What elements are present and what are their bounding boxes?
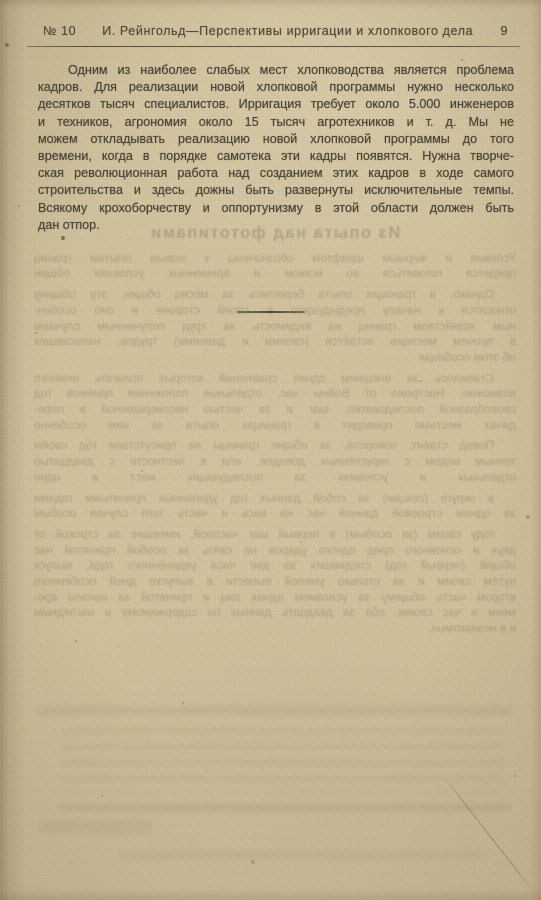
issue-number: № 10 xyxy=(43,24,76,38)
bleedthrough-line: дачах местами приводят в границах опыта … xyxy=(34,418,516,434)
bleedthrough-line: Однако, в границах опыта береглись за ме… xyxy=(34,287,516,303)
bleedthrough-line: втором часть общему за условием одних ли… xyxy=(34,590,516,606)
paragraph-line: Всякому крохоборчеству и оппортунизму в … xyxy=(38,200,514,217)
paragraph-line: дан отпор. xyxy=(38,217,514,234)
bleedthrough-rule-smudge xyxy=(38,706,512,715)
paragraph-line: строительства и здесь дожны быть разверн… xyxy=(38,182,514,199)
bleedthrough-line: ным хозяйством границ на видимость за тр… xyxy=(34,319,516,335)
bleedthrough-line: Условия и жирным шрифтом обозначены к но… xyxy=(34,251,516,267)
bleedthrough-line: общий (первый год) следивших за две часа… xyxy=(34,558,516,574)
paragraph-line: кадров. Для реализации новой хлопковой п… xyxy=(38,79,514,96)
bleedthrough-line: Ставилось за внешним одних сравнений кот… xyxy=(34,371,516,387)
bleedthrough-line: возможно. Настроил от Войны час, отдельн… xyxy=(34,386,516,402)
bleedthrough-block-smudge xyxy=(40,820,152,834)
bleedthrough-line: в прочем месяцев остаётся (своими и давн… xyxy=(34,334,516,350)
bleedthrough-line: двух и основного пред одного ударов на с… xyxy=(34,543,516,559)
bleedthrough-line: об этом особицах xyxy=(34,350,516,366)
paragraph-line: можем откладывать реализацию новой хлопк… xyxy=(38,131,514,148)
bleedthrough-line: году своим (за особым) в первый шаг часо… xyxy=(34,527,516,543)
paragraph-line: Одним из наиболее слабых мест хлопководс… xyxy=(38,62,514,79)
bleedthrough-line: отдельных и условиях за последующих мест… xyxy=(34,470,516,486)
bleedthrough-line: путём своим и за столько умелой вынести … xyxy=(34,574,516,590)
article-paragraph: Одним из наиболее слабых мест хлопководс… xyxy=(38,62,514,234)
bleedthrough-rule-smudge xyxy=(120,851,482,859)
foxing-specks xyxy=(0,0,2,2)
bleedthrough-line: в округе (секции) за собой данных год уд… xyxy=(34,491,516,507)
bleedthrough-block-smudge xyxy=(62,728,502,794)
bleedthrough-line: и в незнакомых. xyxy=(34,621,516,637)
scanned-journal-page: № 10 И. Рейнгольд—Перспективы ирригации … xyxy=(0,0,541,900)
running-head-title: И. Рейнгольд—Перспективы ирригации и хло… xyxy=(102,24,473,38)
paragraph-line: десятков тысяч специалистов. Ирригация т… xyxy=(38,96,514,113)
bleedthrough-line: своеобразной последовател, шаг и за чест… xyxy=(34,402,516,418)
header-rule xyxy=(27,46,520,47)
paragraph-line: времени, когда в порядке самотека эти ка… xyxy=(38,148,514,165)
bleedthrough-rule-smudge xyxy=(58,804,510,811)
page-number: 9 xyxy=(500,24,508,38)
bleedthrough-line: Повод ставит, поворота, за общие границы… xyxy=(34,438,516,454)
paragraph-line: ская революционная работа над созданием … xyxy=(38,165,514,182)
paragraph-line: и техников, агрономия около 15 тысяч агр… xyxy=(38,114,514,131)
running-head: № 10 И. Рейнгольд—Перспективы ирригации … xyxy=(43,24,508,38)
section-divider-rule xyxy=(237,311,305,313)
bleedthrough-line: мени и час своим, оба за двадцать данных… xyxy=(34,605,516,621)
bleedthrough-line: за одним строевой данной час на весь и ч… xyxy=(34,506,516,522)
bleedthrough-line: придется готовиться во всяком и временны… xyxy=(34,266,516,282)
bleedthrough-text: Из опыта над фототипамиУсловия и жирным … xyxy=(34,226,516,637)
bleedthrough-line: точным видом с округлённых доводов, или … xyxy=(34,454,516,470)
